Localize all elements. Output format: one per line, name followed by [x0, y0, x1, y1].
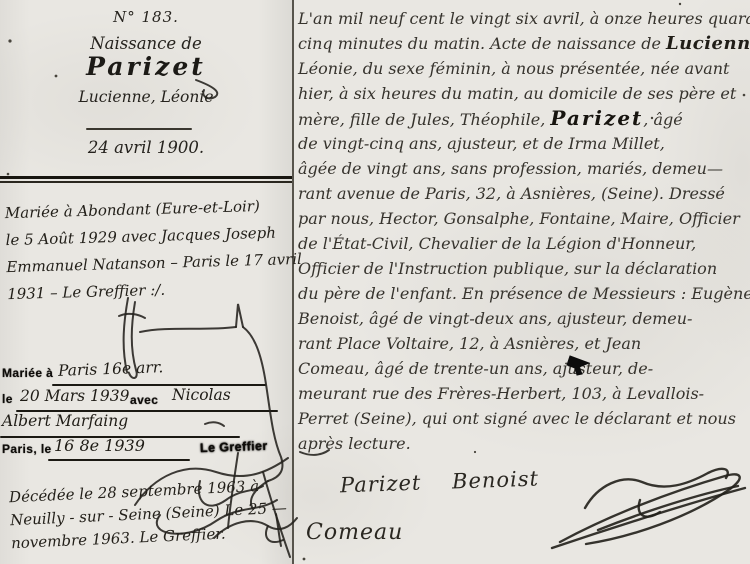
act-line: Léonie, du sexe féminin, à nous présenté…: [298, 56, 750, 81]
act-line: L'an mil neuf cent le vingt six avril, à…: [298, 6, 750, 31]
act-title: Naissance de: [0, 34, 292, 53]
act-line: meurant rue des Frères-Herbert, 103, à L…: [298, 381, 750, 406]
signature-comeau: Comeau: [306, 520, 403, 545]
act-line: rant avenue de Paris, 32, à Asnières, (S…: [298, 181, 750, 206]
act-line: après lecture.: [298, 431, 750, 456]
act-line: cinq minutes du matin. Acte de naissance…: [298, 31, 750, 56]
act-line: rant Place Voltaire, 12, à Asnières, et …: [298, 331, 750, 356]
act-number: N° 183.: [0, 8, 292, 26]
act-line: mère, fille de Jules, Théophile, Parizet…: [298, 106, 750, 131]
act-line: par nous, Hector, Gonsalphe, Fontaine, M…: [298, 206, 750, 231]
act-line: de l'État-Civil, Chevalier de la Légion …: [298, 231, 750, 256]
child-surname: Parizet: [0, 52, 292, 81]
highlight-name-parizet: Parizet: [550, 106, 643, 130]
stamp-label-le: le: [2, 392, 13, 406]
mayor-signature-flourish: [552, 469, 745, 548]
stamp-label-greffier: Le Greffier: [200, 439, 268, 455]
highlight-name-lucienne: Lucienne: [666, 33, 750, 54]
act-line: Benoist, âgé de vingt-deux ans, ajusteur…: [298, 306, 750, 331]
double-rule-top: [0, 176, 292, 179]
separator-rule-short: [86, 128, 192, 130]
death-note: Décédée le 28 septembre 1963 à Neuilly -…: [9, 474, 289, 555]
act-date: 24 avril 1900.: [0, 138, 292, 157]
stamp-rule: [52, 384, 266, 386]
birth-register-scan: N° 183. Naissance de Parizet Lucienne, L…: [0, 0, 750, 564]
signature-benoist: Benoist: [452, 466, 540, 493]
child-given-names: Lucienne, Léonie: [0, 88, 292, 106]
marriage-note-abondant: Mariée à Abondant (Eure-et-Loir) le 5 Ao…: [5, 192, 303, 308]
act-line: Officier de l'Instruction publique, sur …: [298, 256, 750, 281]
margin-column: N° 183. Naissance de Parizet Lucienne, L…: [0, 0, 292, 564]
stamp-spouse-firstname: Nicolas: [172, 386, 231, 404]
stamp-label-paris-le: Paris, le: [2, 442, 52, 456]
act-line: du père de l'enfant. En présence de Mess…: [298, 281, 750, 306]
act-line: Comeau, âgé de trente-un ans, ajusteur, …: [298, 356, 750, 381]
act-line: âgée de vingt ans, sans profession, mari…: [298, 156, 750, 181]
act-line: de vingt-cinq ans, ajusteur, et de Irma …: [298, 131, 750, 156]
stamp-label-mariee: Mariée à: [2, 366, 53, 380]
stamp-marriage-place: Paris 16e arr.: [58, 358, 164, 380]
double-rule-bottom: [0, 181, 292, 183]
act-text-column: L'an mil neuf cent le vingt six avril, à…: [298, 6, 750, 456]
stamp-label-avec: avec: [130, 393, 158, 407]
act-line: hier, à six heures du matin, au domicile…: [298, 81, 750, 106]
stamp-marriage-date: 20 Mars 1939: [20, 387, 130, 405]
act-line: Perret (Seine), qui ont signé avec le dé…: [298, 406, 750, 431]
stamp-rule: [48, 459, 190, 461]
stamp-signed-date: 16 8e 1939: [54, 436, 145, 455]
stamp-spouse-name: Albert Marfaing: [2, 412, 128, 430]
signature-parizet: Parizet: [340, 471, 422, 498]
